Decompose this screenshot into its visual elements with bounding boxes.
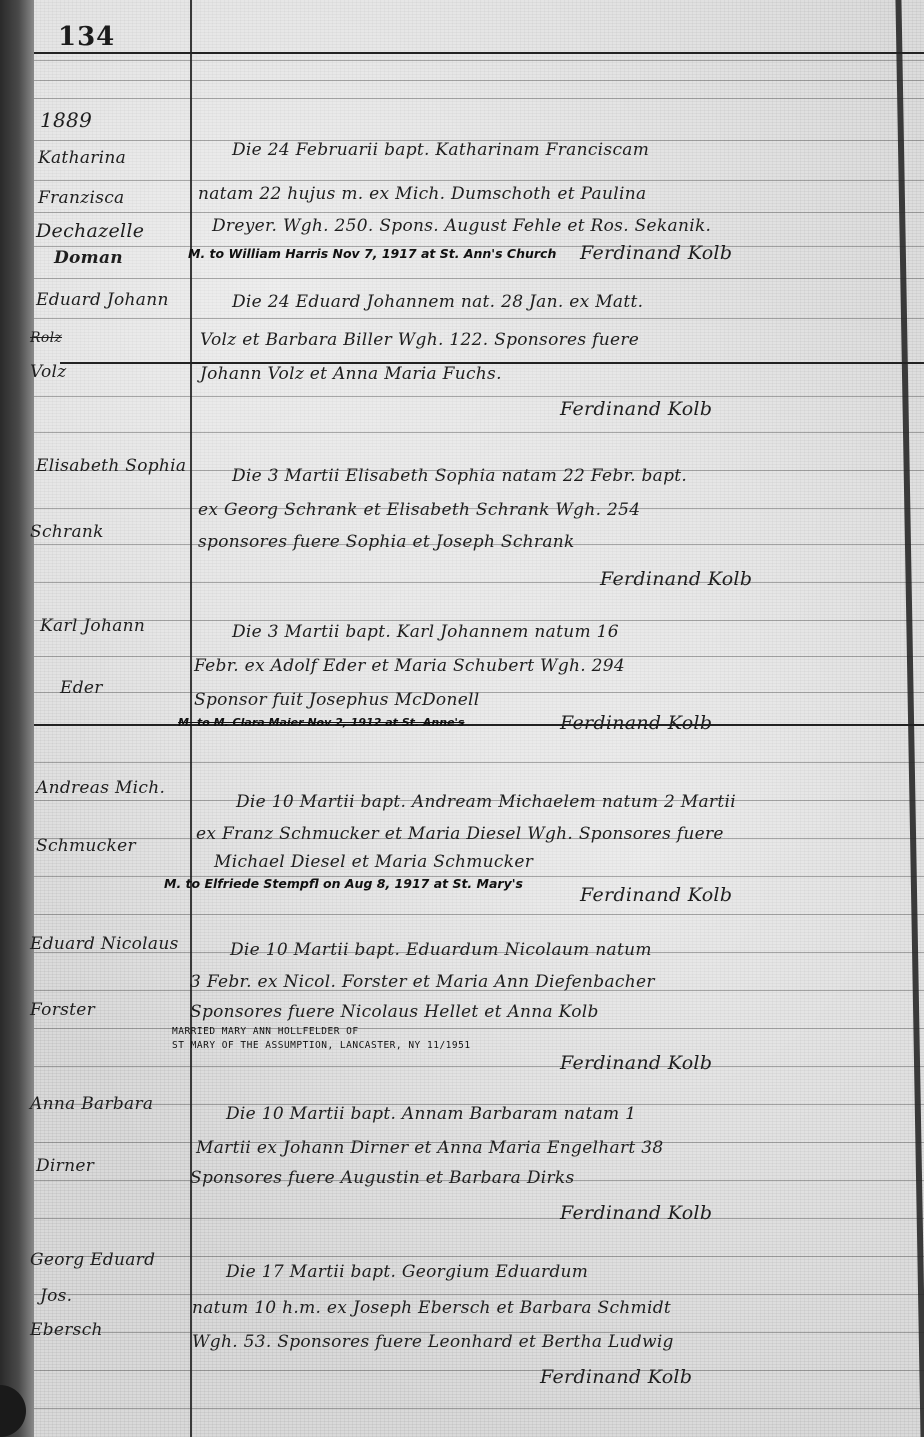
ruled-line <box>34 914 924 915</box>
margin-name: Karl Johann <box>40 616 145 636</box>
priest-signature: Ferdinand Kolb <box>560 1052 712 1074</box>
entry-line: Die 10 Martii bapt. Eduardum Nicolaum na… <box>230 940 652 960</box>
margin-name: Schrank <box>30 522 104 542</box>
ruled-line <box>34 620 924 621</box>
year-heading: 1889 <box>40 108 92 132</box>
marriage-annotation-printed: ST MARY OF THE ASSUMPTION, LANCASTER, NY… <box>172 1040 471 1051</box>
priest-signature: Ferdinand Kolb <box>560 398 712 420</box>
entry-line: Michael Diesel et Maria Schmucker <box>214 852 533 872</box>
register-page: 134 1889 Katharina Franzisca Dechazelle … <box>0 0 924 1437</box>
margin-name: Forster <box>30 1000 95 1020</box>
ruled-line <box>34 1218 924 1219</box>
entry-line: Sponsores fuere Augustin et Barbara Dirk… <box>190 1168 575 1188</box>
entry-line: ex Georg Schrank et Elisabeth Schrank Wg… <box>198 500 640 520</box>
entry-line: Dreyer. Wgh. 250. Spons. August Fehle et… <box>212 216 711 236</box>
marriage-annotation: M. to William Harris Nov 7, 1917 at St. … <box>188 246 556 261</box>
priest-signature: Ferdinand Kolb <box>560 712 712 734</box>
entry-line: sponsores fuere Sophia et Joseph Schrank <box>198 532 575 552</box>
ruled-line <box>34 318 924 319</box>
margin-name: Georg Eduard <box>30 1250 155 1270</box>
ruled-line <box>34 1294 924 1295</box>
entry-line: ex Franz Schmucker et Maria Diesel Wgh. … <box>196 824 724 844</box>
priest-signature: Ferdinand Kolb <box>580 884 732 906</box>
ruled-line <box>34 1370 924 1371</box>
marriage-annotation: M. to M. Clara Maier Nov 2, 1912 at St. … <box>178 716 464 729</box>
ruled-line <box>34 80 924 81</box>
entry-line: Volz et Barbara Biller Wgh. 122. Sponsor… <box>200 330 639 350</box>
margin-name: Katharina <box>38 148 126 168</box>
marriage-annotation: M. to Elfriede Stempfl on Aug 8, 1917 at… <box>164 876 523 891</box>
ruled-line <box>34 180 924 181</box>
entry-line: Martii ex Johann Dirner et Anna Maria En… <box>196 1138 663 1158</box>
header-rule-2 <box>34 60 924 61</box>
entry-line: Die 24 Eduard Johannem nat. 28 Jan. ex M… <box>232 292 643 312</box>
right-margin-line <box>895 0 924 1437</box>
ruled-line <box>34 1408 924 1409</box>
margin-name: Anna Barbara <box>30 1094 153 1114</box>
margin-name: Volz <box>30 362 67 382</box>
ruled-line <box>34 98 924 99</box>
ruled-line <box>34 582 924 583</box>
entry-line: Johann Volz et Anna Maria Fuchs. <box>200 364 502 384</box>
margin-name: Ebersch <box>30 1320 103 1340</box>
priest-signature: Ferdinand Kolb <box>560 1202 712 1224</box>
entry-line: Die 10 Martii bapt. Andream Michaelem na… <box>236 792 736 812</box>
ruled-line <box>34 278 924 279</box>
margin-name: Elisabeth Sophia <box>36 456 186 476</box>
ruled-line-dark <box>34 724 924 726</box>
entry-line: natum 10 h.m. ex Joseph Ebersch et Barba… <box>192 1298 671 1318</box>
ruled-line <box>34 396 924 397</box>
entry-line: Die 17 Martii bapt. Georgium Eduardum <box>226 1262 588 1282</box>
marriage-annotation-printed: MARRIED MARY ANN HOLLFELDER OF <box>172 1026 359 1037</box>
entry-line: Sponsor fuit Josephus McDonell <box>194 690 480 710</box>
entry-line: Sponsores fuere Nicolaus Hellet et Anna … <box>190 1002 599 1022</box>
entry-line: Die 3 Martii bapt. Karl Johannem natum 1… <box>232 622 619 642</box>
ruled-line <box>34 1066 924 1067</box>
ruled-line <box>34 762 924 763</box>
margin-name: Schmucker <box>36 836 136 856</box>
entry-line: Wgh. 53. Sponsores fuere Leonhard et Ber… <box>192 1332 674 1352</box>
margin-name: Franzisca <box>38 188 124 208</box>
margin-name: Eder <box>60 678 103 698</box>
entry-line: Febr. ex Adolf Eder et Maria Schubert Wg… <box>194 656 625 676</box>
margin-name: Dirner <box>36 1156 94 1176</box>
ruled-line <box>34 1256 924 1257</box>
entry-line: natam 22 hujus m. ex Mich. Dumschoth et … <box>198 184 646 204</box>
entry-line: Die 10 Martii bapt. Annam Barbaram natam… <box>226 1104 636 1124</box>
ruled-line <box>34 1028 924 1029</box>
priest-signature: Ferdinand Kolb <box>580 242 732 264</box>
header-rule <box>34 52 924 54</box>
entry-line: 3 Febr. ex Nicol. Forster et Maria Ann D… <box>190 972 655 992</box>
margin-name: Eduard Nicolaus <box>30 934 179 954</box>
priest-signature: Ferdinand Kolb <box>600 568 752 590</box>
entry-line: Die 24 Februarii bapt. Katharinam Franci… <box>232 140 649 160</box>
ruled-line <box>34 432 924 433</box>
ruled-line <box>34 212 924 213</box>
margin-name: Andreas Mich. <box>36 778 165 798</box>
margin-name: Eduard Johann <box>36 290 169 310</box>
page-number: 134 <box>58 22 115 52</box>
entry-line: Die 3 Martii Elisabeth Sophia natam 22 F… <box>232 466 687 486</box>
margin-name: Dechazelle <box>36 220 144 242</box>
book-spine-shadow <box>0 0 34 1437</box>
priest-signature: Ferdinand Kolb <box>540 1366 692 1388</box>
margin-name: Doman <box>54 248 123 268</box>
margin-name: Jos. <box>40 1286 72 1306</box>
margin-name-struck: Rolz <box>30 330 62 346</box>
